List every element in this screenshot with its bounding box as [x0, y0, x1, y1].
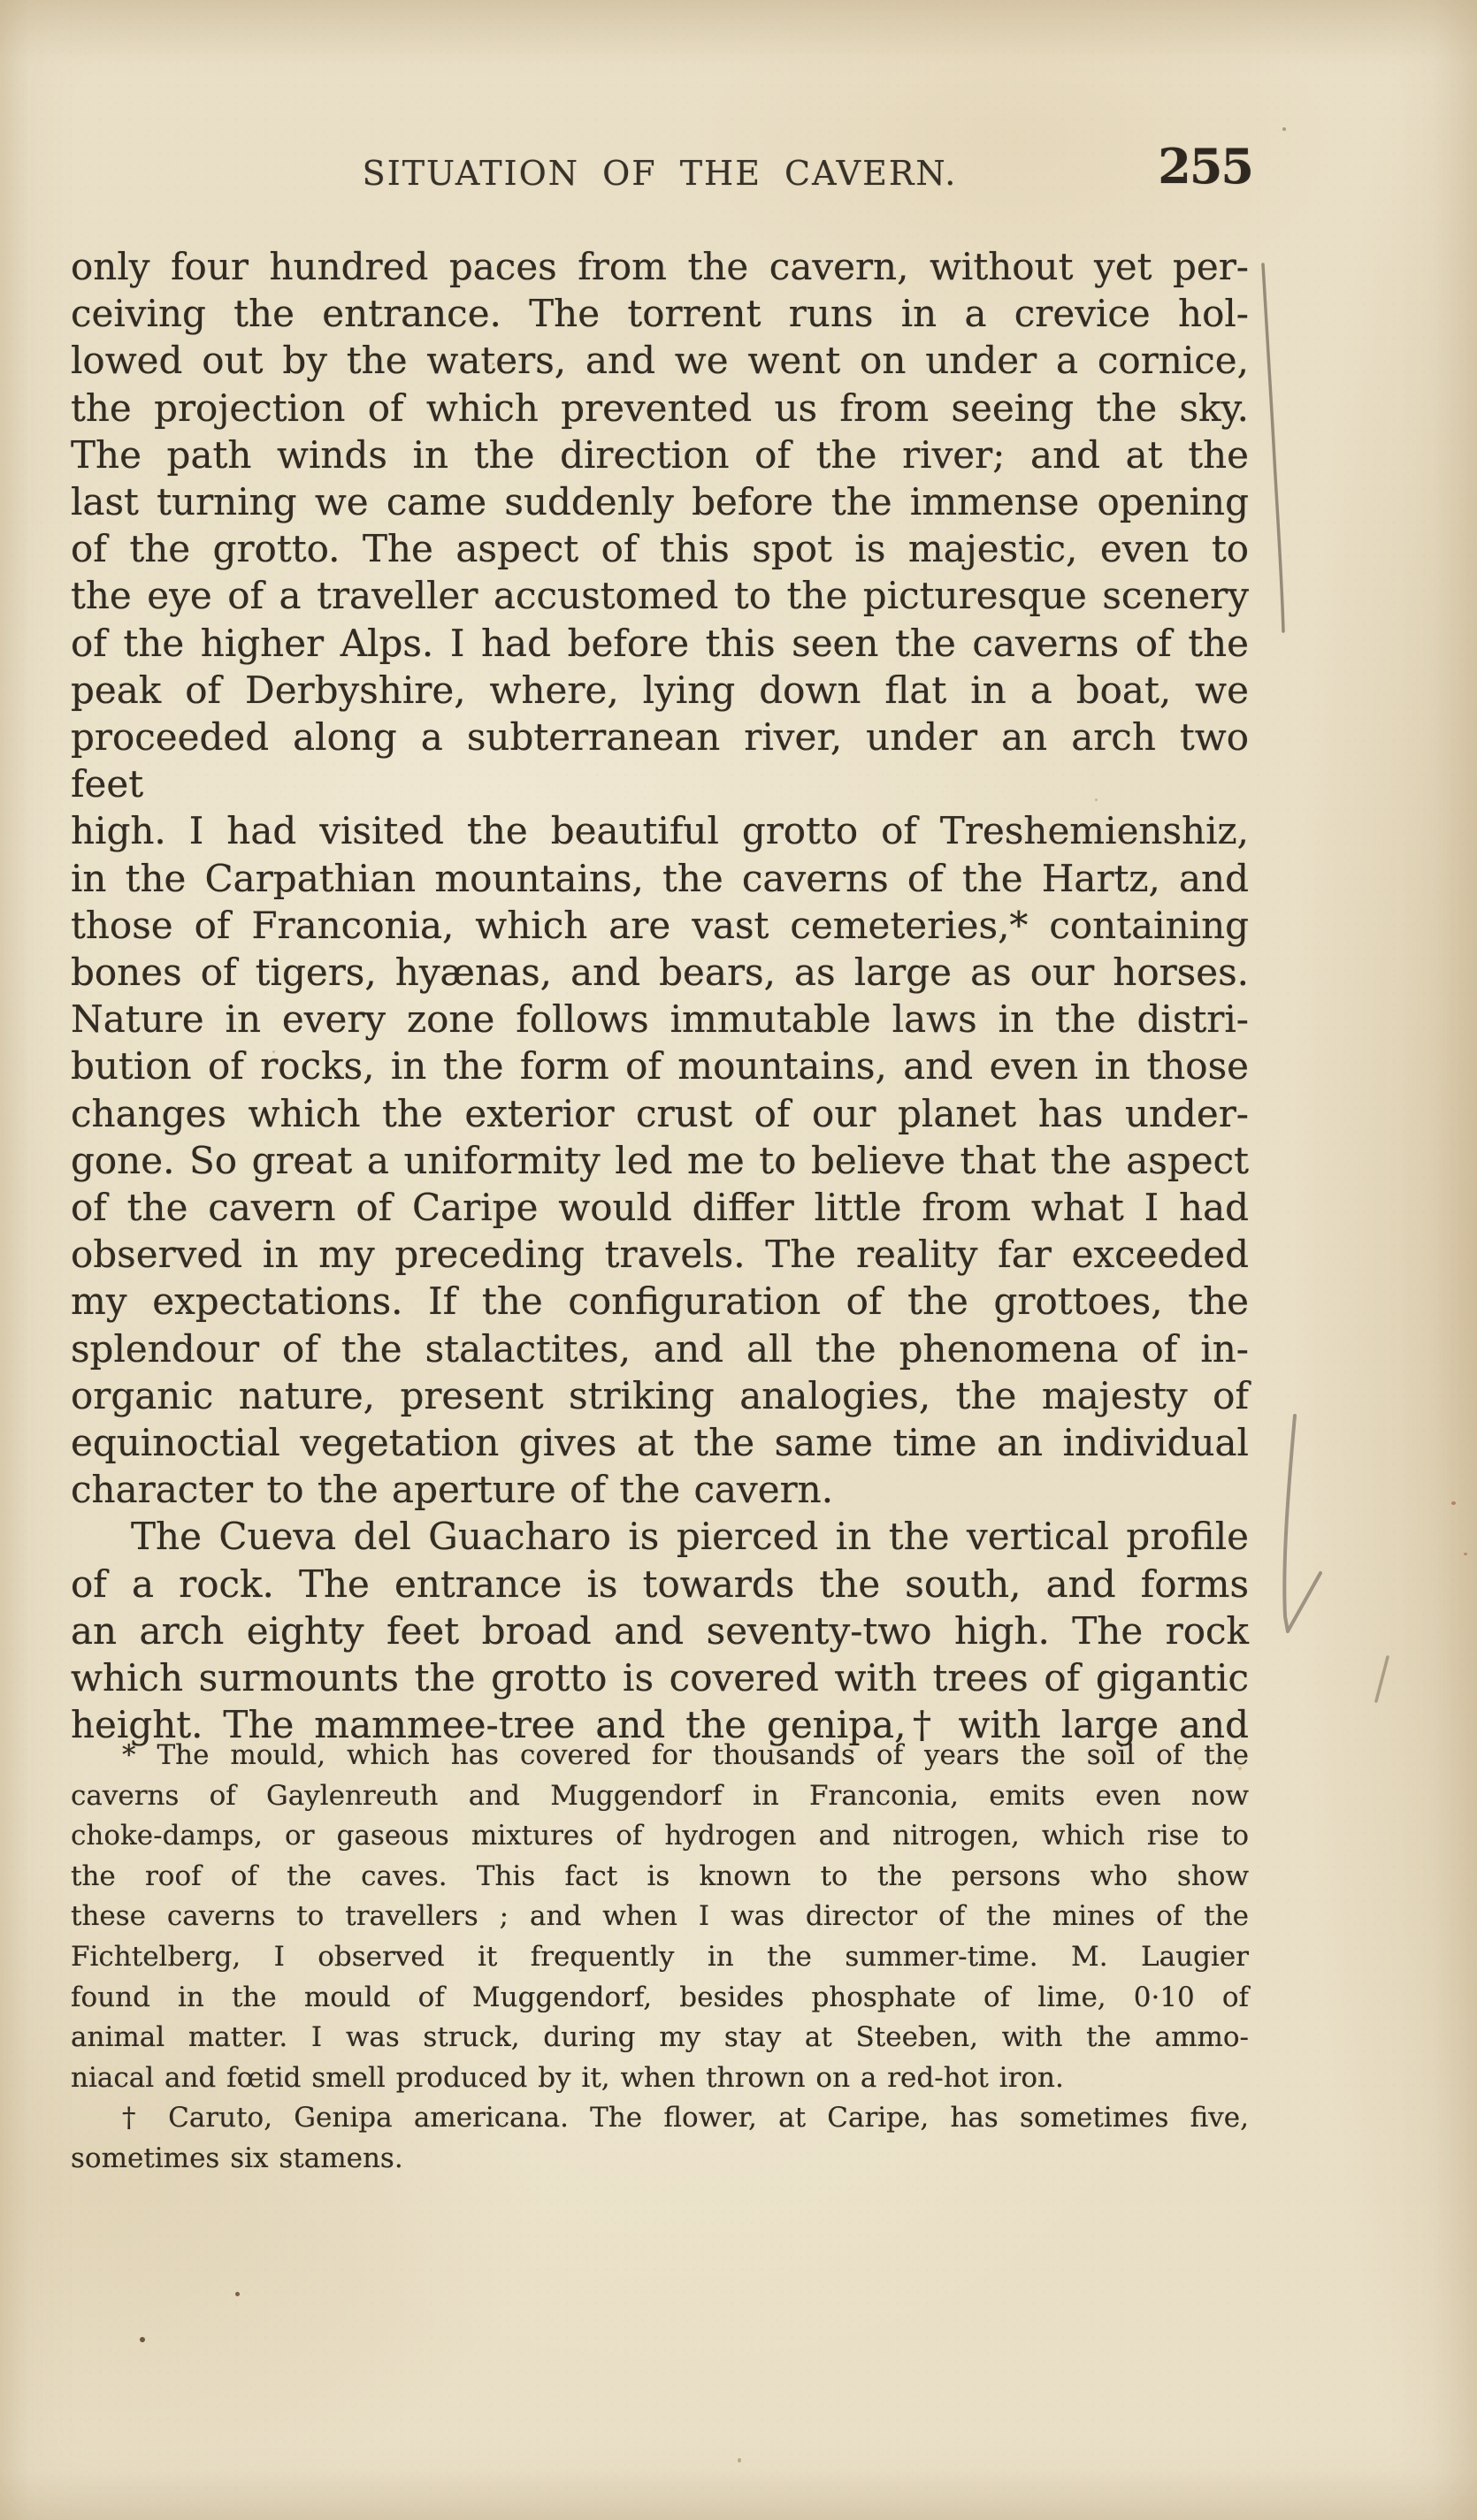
footnote-asterisk: * The mould, which has covered for thous… — [71, 1736, 1249, 2098]
text-line: those of Franconia, which are vast cemet… — [71, 902, 1249, 949]
paper-speck — [738, 2458, 741, 2463]
text-line: changes which the exterior crust of our … — [71, 1090, 1249, 1137]
text-line: of the cavern of Caripe would differ lit… — [71, 1184, 1249, 1231]
text-line: my expectations. If the configuration of… — [71, 1278, 1249, 1325]
text-line: of the higher Alps. I had before this se… — [71, 620, 1249, 667]
pencil-margin-line — [1263, 264, 1283, 631]
text-line: niacal and fœtid smell produced by it, w… — [71, 2058, 1249, 2099]
text-line: animal matter. I was struck, during my s… — [71, 2018, 1249, 2058]
text-line: † Caruto, Genipa americana. The flower, … — [71, 2098, 1249, 2139]
footnotes: * The mould, which has covered for thous… — [71, 1736, 1249, 2180]
page-number: 255 — [1158, 141, 1252, 191]
running-head: SITUATION OF THE CAVERN. — [71, 156, 1249, 191]
paper-speck — [1464, 1553, 1467, 1555]
text-line: caverns of Gaylenreuth and Muggendorf in… — [71, 1776, 1249, 1817]
text-line: * The mould, which has covered for thous… — [71, 1736, 1249, 1776]
text-line: Nature in every zone follows immutable l… — [71, 996, 1249, 1042]
text-line: these caverns to travellers ; and when I… — [71, 1897, 1249, 1937]
paper-speck — [1282, 127, 1286, 131]
text-line: bution of rocks, in the form of mountain… — [71, 1042, 1249, 1089]
paragraph-continued: only four hundred paces from the cavern,… — [71, 243, 1249, 1513]
text-line: which surmounts the grotto is covered wi… — [71, 1654, 1249, 1701]
text-line: of a rock. The entrance is towards the s… — [71, 1561, 1249, 1607]
paragraph-cueva-del-guacharo: The Cueva del Guacharo is pierced in the… — [71, 1513, 1249, 1748]
text-line: only four hundred paces from the cavern,… — [71, 243, 1249, 290]
text-line: ceiving the entrance. The torrent runs i… — [71, 290, 1249, 337]
text-line: The Cueva del Guacharo is pierced in the… — [71, 1513, 1249, 1560]
text-line: sometimes six stamens. — [71, 2139, 1249, 2180]
body-text: only four hundred paces from the cavern,… — [71, 243, 1249, 1749]
text-line: proceeded along a subterranean river, un… — [71, 714, 1249, 807]
text-line: Fichtelberg, I observed it frequently in… — [71, 1937, 1249, 1978]
text-line: last turning we came suddenly before the… — [71, 478, 1249, 525]
text-line: bones of tigers, hyænas, and bears, as l… — [71, 949, 1249, 996]
text-line: choke-damps, or gaseous mixtures of hydr… — [71, 1816, 1249, 1857]
text-line: lowed out by the waters, and we went on … — [71, 337, 1249, 384]
text-line: of the grotto. The aspect of this spot i… — [71, 525, 1249, 572]
text-line: the roof of the caves. This fact is know… — [71, 1857, 1249, 1898]
text-line: equinoctial vegetation gives at the same… — [71, 1419, 1249, 1466]
paper-speck — [140, 2337, 145, 2342]
text-line: in the Carpathian mountains, the caverns… — [71, 855, 1249, 902]
text-line: high. I had visited the beautiful grotto… — [71, 807, 1249, 854]
text-line: peak of Derbyshire, where, lying down fl… — [71, 667, 1249, 714]
text-line: observed in my preceding travels. The re… — [71, 1231, 1249, 1278]
text-line: the projection of which prevented us fro… — [71, 385, 1249, 431]
text-line: found in the mould of Muggendorf, beside… — [71, 1978, 1249, 2019]
scanned-book-page: SITUATION OF THE CAVERN. 255 only four h… — [0, 0, 1477, 2520]
paper-speck — [1451, 1501, 1456, 1505]
text-line: The path winds in the direction of the r… — [71, 431, 1249, 478]
text-line: an arch eighty feet broad and seventy-tw… — [71, 1607, 1249, 1654]
paper-speck — [235, 2292, 240, 2296]
pencil-slash-mark — [1376, 1657, 1388, 1701]
text-line: splendour of the stalactites, and all th… — [71, 1325, 1249, 1372]
footnote-dagger: † Caruto, Genipa americana. The flower, … — [71, 2098, 1249, 2179]
text-line: the eye of a traveller accustomed to the… — [71, 572, 1249, 619]
text-line: character to the aperture of the cavern. — [71, 1466, 1249, 1513]
pencil-check-mark — [1284, 1416, 1320, 1631]
text-line: organic nature, present striking analogi… — [71, 1372, 1249, 1419]
text-line: gone. So great a uniformity led me to be… — [71, 1137, 1249, 1184]
